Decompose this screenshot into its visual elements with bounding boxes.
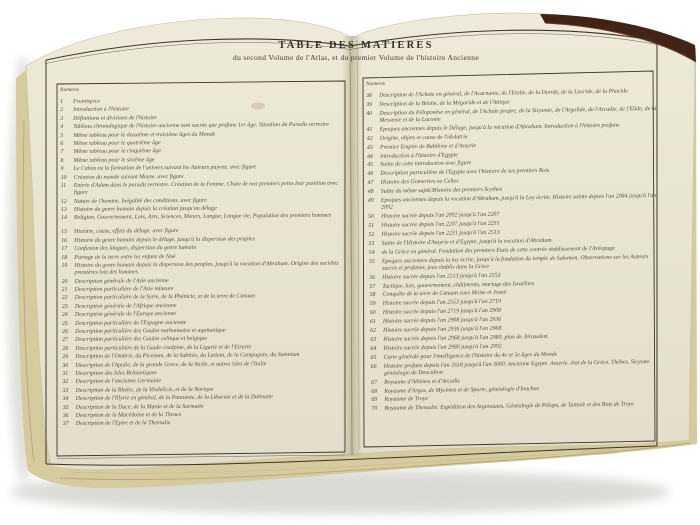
- entry-number: 33: [63, 388, 76, 395]
- entry-number: 29: [62, 354, 75, 361]
- entry-number: 59: [370, 301, 383, 308]
- entry-number: 17: [61, 246, 74, 253]
- entry-number: 67: [371, 379, 384, 386]
- entry-number: 43: [367, 144, 380, 151]
- entry-number: 22: [62, 295, 75, 302]
- entry-number: 16: [61, 238, 74, 245]
- toc-entry: 11 Entrée d'Adam dans le paradis terrest…: [61, 180, 345, 197]
- entry-number: 1: [60, 99, 73, 106]
- right-page-entry-list: 38 Description de l'Achaïe en général, d…: [366, 88, 664, 415]
- entry-number: 34: [63, 396, 76, 403]
- entry-number: 6: [60, 141, 73, 148]
- entry-number: 42: [367, 136, 380, 143]
- entry-number: 32: [62, 379, 75, 386]
- entry-number: 38: [366, 93, 379, 100]
- entry-number: 36: [63, 413, 76, 420]
- entry-number: 62: [370, 328, 383, 335]
- entry-number: 60: [370, 310, 383, 317]
- entry-text: Religion, Gouvernement, Loix, Arts, Scie…: [74, 213, 345, 223]
- entry-number: 27: [62, 337, 75, 344]
- entry-number: 52: [368, 232, 381, 239]
- entry-number: 54: [369, 249, 382, 256]
- entry-number: 41: [367, 127, 380, 134]
- entry-number: 25: [62, 320, 75, 327]
- entry-number: 46: [367, 171, 380, 178]
- entry-number: 8: [61, 158, 74, 165]
- entry-number: 26: [62, 329, 75, 336]
- entry-number: 5: [60, 132, 73, 139]
- entry-number: 12: [61, 198, 74, 205]
- entry-number: 50: [368, 214, 381, 221]
- left-page-entry-list: 1 Frontispice 2 Introduction à l'histoir…: [60, 97, 347, 430]
- entry-number: 55: [369, 258, 382, 273]
- entry-number: 58: [369, 292, 382, 299]
- left-column-header: Numeros: [60, 87, 79, 93]
- entry-number: 48: [368, 189, 381, 196]
- toc-entry: 14 Religion, Gouvernement, Loix, Arts, S…: [61, 213, 345, 223]
- toc-entry: 19 Histoire du genre humain depuis la di…: [61, 261, 345, 278]
- entry-number: 64: [370, 346, 383, 353]
- paper-stain: [580, 449, 620, 455]
- entry-number: 61: [370, 319, 383, 326]
- entry-number: 7: [60, 149, 73, 156]
- entry-number: 11: [61, 183, 74, 198]
- entry-number: 19: [61, 263, 74, 278]
- entry-number: 21: [62, 287, 75, 294]
- title-block: TABLE DES MATIERES du second Volume de l…: [128, 40, 584, 62]
- entry-number: 28: [62, 346, 75, 353]
- entry-number: 45: [367, 162, 380, 169]
- entry-text: Entrée d'Adam dans le paradis terrestre.…: [74, 180, 345, 197]
- entry-number: 56: [369, 274, 382, 281]
- entry-number: 23: [62, 304, 75, 311]
- entry-text: Description de l'Epire et de la Thessali…: [76, 419, 347, 429]
- entry-number: 53: [369, 241, 382, 248]
- entry-number: 40: [366, 111, 379, 126]
- entry-number: 70: [371, 406, 384, 413]
- entry-number: 24: [62, 312, 75, 319]
- entry-number: 4: [60, 124, 73, 131]
- entry-number: 68: [371, 388, 384, 395]
- entry-number: 3: [60, 116, 73, 123]
- entry-number: 15: [61, 229, 74, 236]
- entry-number: 66: [371, 363, 384, 378]
- page-subtitle: du second Volume de l'Atlas, et du premi…: [128, 53, 584, 62]
- entry-number: 44: [367, 153, 380, 160]
- toc-entry: 37 Description de l'Epire et de la Thess…: [63, 419, 347, 429]
- book-photograph: TABLE DES MATIERES du second Volume de l…: [0, 0, 700, 525]
- entry-number: 37: [63, 421, 76, 428]
- entry-number: 63: [370, 337, 383, 344]
- entry-text: Histoire du genre humain depuis la dispe…: [74, 261, 345, 278]
- entry-number: 49: [368, 198, 381, 213]
- entry-number: 13: [61, 207, 74, 214]
- entry-number: 2: [60, 107, 73, 114]
- page-title: TABLE DES MATIERES: [128, 40, 584, 51]
- entry-number: 14: [61, 215, 74, 222]
- entry-number: 69: [371, 397, 384, 404]
- entry-number: 65: [371, 354, 384, 361]
- entry-number: 10: [61, 174, 74, 181]
- entry-number: 51: [368, 223, 381, 230]
- entry-number: 18: [61, 255, 74, 262]
- entry-number: 35: [63, 404, 76, 411]
- entry-number: 31: [62, 371, 75, 378]
- right-column-header: Numeros: [366, 81, 385, 87]
- entry-number: 39: [366, 102, 379, 109]
- entry-number: 20: [62, 279, 75, 286]
- entry-number: 9: [61, 166, 74, 173]
- entry-number: 30: [62, 362, 75, 369]
- entry-number: 47: [368, 180, 381, 187]
- entry-number: 57: [369, 283, 382, 290]
